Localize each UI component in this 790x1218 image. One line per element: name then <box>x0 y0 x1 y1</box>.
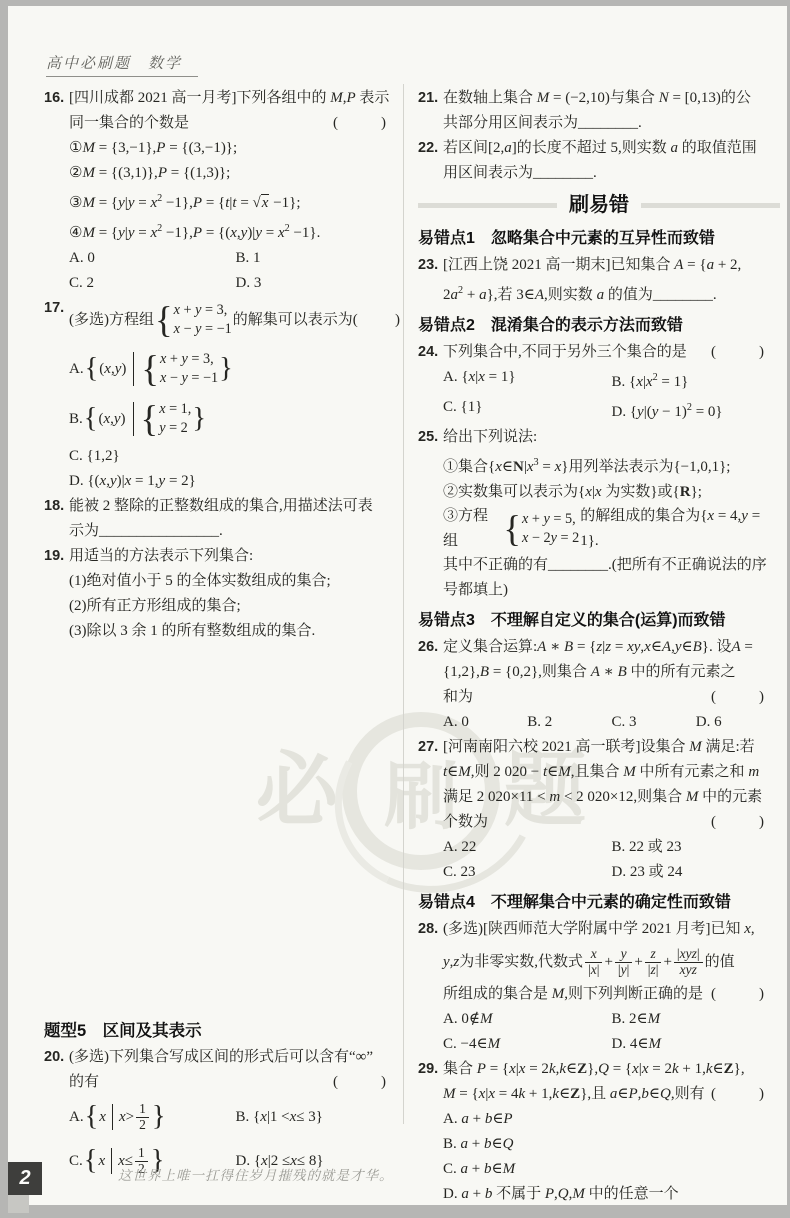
answer-paren: ( ) <box>711 982 780 1007</box>
problem-number: 28. <box>418 917 438 942</box>
answer-paren: ( ) <box>333 1070 402 1095</box>
option-D: D. 3 <box>236 271 403 296</box>
option-C: C. 23 <box>443 860 612 885</box>
problem-number: 25. <box>418 425 438 450</box>
option-C: C. −4∈M <box>443 1032 612 1057</box>
item-3: ③M = {y|y = x2 −1},P = {t|t = √x −1}; <box>69 186 402 216</box>
brace-icon: { <box>155 304 173 335</box>
answer-paren: ( ) <box>711 810 780 835</box>
text-line: 用适当的方法表示下列集合: <box>69 544 402 569</box>
stem-text: 的解组成的集合为{x = 4,y = 1}. <box>580 504 780 554</box>
problem-24: 24. 下列集合中,不同于另外三个集合的是 ( ) A. {x|x = 1} B… <box>418 340 780 425</box>
option-A: A. 22 <box>443 835 612 860</box>
text-line: 2a2 + a},若 3∈A,则实数 a 的值为________. <box>443 278 780 308</box>
text-line: [江西上饶 2021 高一期末]已知集合 A = {a + 2, <box>443 253 780 278</box>
item-2: ②实数集可以表示为{x|x 为实数}或{R}; <box>443 480 780 505</box>
page-number-badge: 2 <box>8 1162 42 1195</box>
options-row: A. 0 B. 2 C. 3 D. 6 <box>443 710 780 735</box>
option-B: B. {x|1 < x ≤ 3} <box>236 1105 403 1130</box>
option-A: A. 0 <box>443 710 527 735</box>
text-line: (多选)下列集合写成区间的形式后可以含有“∞” <box>69 1045 402 1070</box>
equation-line: x + y = 5, <box>522 510 579 529</box>
text-line: 共部分用区间表示为________. <box>443 111 780 136</box>
option-A: A. {(x,y){x + y = 3,x − y = −1} <box>69 344 402 394</box>
stem-text: 下列集合中,不同于另外三个集合的是 <box>443 340 687 365</box>
option-B: B. a + b∈Q <box>443 1132 780 1157</box>
text-line: 所组成的集合是 M,则下列判断正确的是 ( ) <box>443 982 780 1007</box>
option-A: A. {xx > 12} <box>69 1102 236 1133</box>
option-D: D. 6 <box>696 710 780 735</box>
answer-paren: ( ) <box>711 685 780 710</box>
book-title-header: 高中必刷题 数学 <box>46 52 198 77</box>
stem-text: 的解集可以表示为( <box>233 308 358 333</box>
text-line: y,z 为非零实数,代数式x|x| + y|y| + z|z| + |xyz|x… <box>443 942 780 982</box>
option-A: A. {x|x = 1} <box>443 365 612 395</box>
problem-22: 22. 若区间[2,a]的长度不超过 5,则实数 a 的取值范围 用区间表示为_… <box>418 136 780 186</box>
option-D: D. {(x,y)|x = 1,y = 2} <box>69 469 402 494</box>
option-C: C. a + b∈M <box>443 1157 780 1182</box>
topic-5-heading: 题型5 区间及其表示 <box>44 1018 402 1045</box>
problem-number: 22. <box>418 136 438 161</box>
options-row: C. −4∈M D. 4∈M <box>443 1032 780 1057</box>
error-point-4-heading: 易错点4 不理解集合中元素的确定性而致错 <box>418 890 780 915</box>
equation-line: x − y = −1 <box>174 320 232 339</box>
stem-text: ③方程组 <box>443 504 502 554</box>
text-line: 示为________________. <box>69 519 402 544</box>
stem-text: 的有 <box>69 1070 99 1095</box>
option-A: A. 0 <box>69 246 236 271</box>
right-column: 21. 在数轴上集合 M = (−2,10)与集合 N = [0,13)的公 共… <box>418 86 780 1205</box>
option-B: B. 22 或 23 <box>612 835 781 860</box>
text-line: 用区间表示为________. <box>443 161 780 186</box>
stem-text: 和为 <box>443 685 473 710</box>
problem-20: 20. (多选)下列集合写成区间的形式后可以含有“∞” 的有 ( ) A. {x… <box>44 1045 402 1183</box>
text-line: 下列集合中,不同于另外三个集合的是 ( ) <box>443 340 780 365</box>
options-row: A. {xx > 12} B. {x|1 < x ≤ 3} <box>69 1095 402 1139</box>
options-row: C. 23 D. 23 或 24 <box>443 860 780 885</box>
options-row: A. 22 B. 22 或 23 <box>443 835 780 860</box>
problem-26: 26. 定义集合运算:A ∗ B = {z|z = xy,x∈A,y∈B}. 设… <box>418 635 780 735</box>
error-point-1-heading: 易错点1 忽略集合中元素的互异性而致错 <box>418 226 780 251</box>
item-1: ①M = {3,−1},P = {(3,−1)}; <box>69 136 402 161</box>
item-1: ①集合{x∈N|x3 = x}用列举法表示为{−1,0,1}; <box>443 450 780 480</box>
problem-19: 19. 用适当的方法表示下列集合: (1)绝对值小于 5 的全体实数组成的集合;… <box>44 544 402 644</box>
problem-number: 19. <box>44 544 64 569</box>
stem-text: 个数为 <box>443 810 488 835</box>
answer-paren: ( ) <box>711 340 780 365</box>
text-line: 能被 2 整除的正整数组成的集合,用描述法可表 <box>69 494 402 519</box>
option-D: D. {y|(y − 1)2 = 0} <box>612 395 781 425</box>
text-line: 定义集合运算:A ∗ B = {z|z = xy,x∈A,y∈B}. 设A = <box>443 635 780 660</box>
divider-bar <box>418 203 557 208</box>
error-point-3-heading: 易错点3 不理解自定义的集合(运算)而致错 <box>418 608 780 633</box>
problem-number: 24. <box>418 340 438 365</box>
equation-line: x − 2y = 2 <box>522 529 579 548</box>
stem-text: 所组成的集合是 M,则下列判断正确的是 <box>443 982 703 1007</box>
stem-text: 同一集合的个数是 <box>69 111 189 136</box>
subitem-2: (2)所有正方形组成的集合; <box>69 594 402 619</box>
text-line: 满足 2 020×11 < m < 2 020×12,则集合 M 中的元素 <box>443 785 780 810</box>
subitem-1: (1)绝对值小于 5 的全体实数组成的集合; <box>69 569 402 594</box>
text-line: (多选)方程组 {x + y = 3,x − y = −1 的解集可以表示为( … <box>69 296 402 344</box>
problem-number: 27. <box>418 735 438 760</box>
text-line: 若区间[2,a]的长度不超过 5,则实数 a 的取值范围 <box>443 136 780 161</box>
text-line: {1,2},B = {0,2},则集合 A ∗ B 中的所有元素之 <box>443 660 780 685</box>
item-4: ④M = {y|y = x2 −1},P = {(x,y)|y = x2 −1}… <box>69 216 402 246</box>
item-2: ②M = {(3,1)},P = {(1,3)}; <box>69 161 402 186</box>
option-A: A. a + b∈P <box>443 1107 780 1132</box>
option-B: B. 2∈M <box>612 1007 781 1032</box>
scanned-workbook-page: { "header": { "title": "高中必刷题 数学" }, "wa… <box>0 0 790 1218</box>
problem-28: 28. (多选)[陕西师范大学附属中学 2021 月考]已知 x, y,z 为非… <box>418 917 780 1057</box>
text-line: 在数轴上集合 M = (−2,10)与集合 N = [0,13)的公 <box>443 86 780 111</box>
options-row: C. 2 D. 3 <box>69 271 402 296</box>
text-line: 号都填上) <box>443 578 780 603</box>
option-C: C. {1} <box>443 395 612 425</box>
blank-space <box>44 644 402 1018</box>
text-line: 的有 ( ) <box>69 1070 402 1095</box>
options-row: A. 0∉M B. 2∈M <box>443 1007 780 1032</box>
section-title: 刷易错 <box>569 193 629 218</box>
left-column: 16. [四川成都 2021 高一月考]下列各组中的 M,P 表示 同一集合的个… <box>44 86 402 1183</box>
footer-quote: 这世界上唯一扛得住岁月摧残的就是才华。 <box>118 1164 394 1184</box>
problem-21: 21. 在数轴上集合 M = (−2,10)与集合 N = [0,13)的公 共… <box>418 86 780 136</box>
problem-27: 27. [河南南阳六校 2021 高一联考]设集合 M 满足:若 t∈M,则 2… <box>418 735 780 885</box>
problem-number: 29. <box>418 1057 438 1082</box>
page: 高中必刷题 数学 必 刷 题 16. [四川成都 2021 高一月考]下列各组中… <box>8 6 787 1205</box>
column-divider <box>403 84 404 1124</box>
option-B: B. 2 <box>527 710 611 735</box>
text-line: M = {x|x = 4k + 1,k∈Z},且 a∈P,b∈Q,则有 ( ) <box>443 1082 780 1107</box>
option-B: B. {x|x2 = 1} <box>612 365 781 395</box>
answer-paren: ) <box>395 308 402 333</box>
problem-number: 17. <box>44 296 64 321</box>
problem-18: 18. 能被 2 整除的正整数组成的集合,用描述法可表 示为__________… <box>44 494 402 544</box>
option-B: B. 1 <box>236 246 403 271</box>
problem-29: 29. 集合 P = {x|x = 2k,k∈Z},Q = {x|x = 2k … <box>418 1057 780 1205</box>
option-C: C. 2 <box>69 271 236 296</box>
text-line: 和为 ( ) <box>443 685 780 710</box>
text-line: 集合 P = {x|x = 2k,k∈Z},Q = {x|x = 2k + 1,… <box>443 1057 780 1082</box>
option-C: C. 3 <box>612 710 696 735</box>
text-line: 其中不正确的有________.(把所有不正确说法的序 <box>443 553 780 578</box>
problem-number: 20. <box>44 1045 64 1070</box>
error-point-2-heading: 易错点2 混淆集合的表示方法而致错 <box>418 313 780 338</box>
options-row: C. {1} D. {y|(y − 1)2 = 0} <box>443 395 780 425</box>
divider-bar <box>641 203 780 208</box>
problem-number: 23. <box>418 253 438 278</box>
option-D: D. 23 或 24 <box>612 860 781 885</box>
problem-23: 23. [江西上饶 2021 高一期末]已知集合 A = {a + 2, 2a2… <box>418 253 780 308</box>
problem-number: 18. <box>44 494 64 519</box>
text-line: 个数为 ( ) <box>443 810 780 835</box>
option-D: D. a + b 不属于 P,Q,M 中的任意一个 <box>443 1182 780 1205</box>
problem-16: 16. [四川成都 2021 高一月考]下列各组中的 M,P 表示 同一集合的个… <box>44 86 402 296</box>
problem-25: 25. 给出下列说法: ①集合{x∈N|x3 = x}用列举法表示为{−1,0,… <box>418 425 780 603</box>
stem-text: (多选)方程组 <box>69 308 154 333</box>
answer-paren: ( ) <box>711 1082 780 1107</box>
option-D: D. 4∈M <box>612 1032 781 1057</box>
subitem-3: (3)除以 3 余 1 的所有整数组成的集合. <box>69 619 402 644</box>
text-line: [河南南阳六校 2021 高一联考]设集合 M 满足:若 <box>443 735 780 760</box>
option-A: A. 0∉M <box>443 1007 612 1032</box>
text-line: 给出下列说法: <box>443 425 780 450</box>
problem-number: 26. <box>418 635 438 660</box>
stem-text: M = {x|x = 4k + 1,k∈Z},且 a∈P,b∈Q,则有 <box>443 1082 705 1107</box>
option-C: C. {1,2} <box>69 444 402 469</box>
equation-line: x + y = 3, <box>174 301 232 320</box>
problem-number: 21. <box>418 86 438 111</box>
options-row: A. 0 B. 1 <box>69 246 402 271</box>
text-line: [四川成都 2021 高一月考]下列各组中的 M,P 表示 <box>69 86 402 111</box>
equation-system: {x + y = 3,x − y = −1 <box>155 301 232 338</box>
item-3: ③方程组 {x + y = 5,x − 2y = 2 的解组成的集合为{x = … <box>443 505 780 553</box>
text-line: t∈M,则 2 020 − t∈M,且集合 M 中所有元素之和 m <box>443 760 780 785</box>
brace-icon: { <box>503 513 521 544</box>
problem-number: 16. <box>44 86 64 111</box>
equation-system: {x + y = 5,x − 2y = 2 <box>503 510 579 547</box>
section-divider-shuayicuo: 刷易错 <box>418 189 780 221</box>
problem-17: 17. (多选)方程组 {x + y = 3,x − y = −1 的解集可以表… <box>44 296 402 494</box>
text-line: (多选)[陕西师范大学附属中学 2021 月考]已知 x, <box>443 917 780 942</box>
answer-paren: ( ) <box>333 111 402 136</box>
options-row: A. {x|x = 1} B. {x|x2 = 1} <box>443 365 780 395</box>
option-B: B. {(x,y){x = 1,y = 2} <box>69 394 402 444</box>
text-line: 同一集合的个数是 ( ) <box>69 111 402 136</box>
